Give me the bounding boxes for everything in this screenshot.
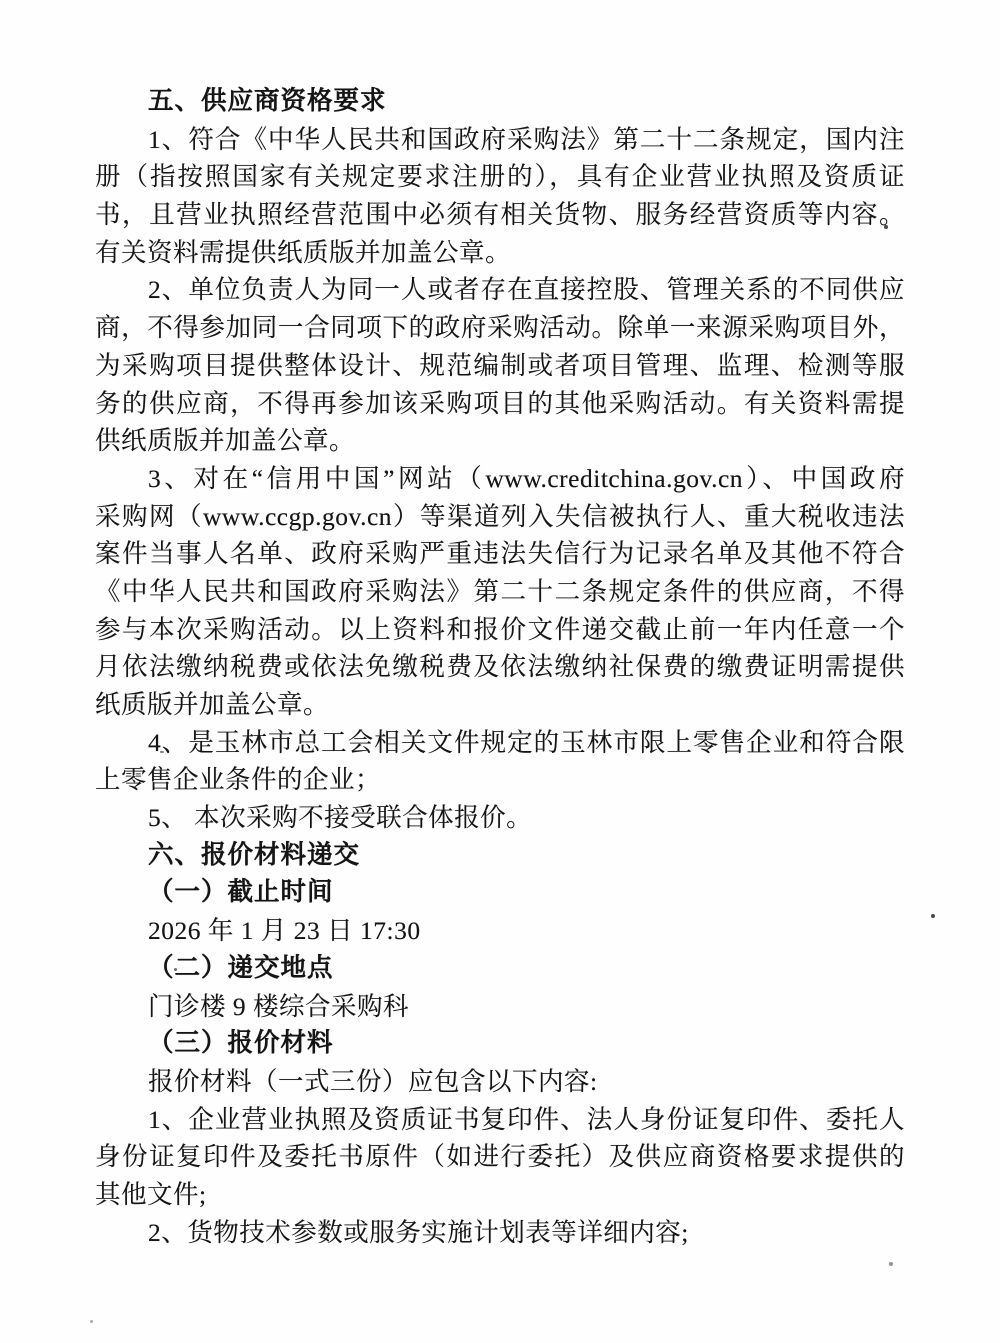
- document-page: 五、供应商资格要求1、符合《中华人民共和国政府采购法》第二十二条规定，国内注册（…: [0, 0, 1000, 1343]
- scan-speck: [174, 968, 177, 971]
- section-heading: 五、供应商资格要求: [95, 83, 905, 121]
- text-line: 2、单位负责人为同一人或者存在直接控股、管理关系的不同供应: [95, 271, 905, 309]
- section-heading: 六、报价材料递交: [95, 837, 905, 875]
- scan-speck: [931, 914, 935, 918]
- text-line: 月依法缴纳税费或依法免缴税费及依法缴纳社保费的缴费证明需提供: [95, 648, 905, 686]
- text-block: 五、供应商资格要求1、符合《中华人民共和国政府采购法》第二十二条规定，国内注册（…: [95, 83, 905, 1251]
- text-line: 为采购项目提供整体设计、规范编制或者项目管理、监理、检测等服: [95, 347, 905, 385]
- text-line: 1、企业营业执照及资质证书复印件、法人身份证复印件、委托人: [95, 1101, 905, 1139]
- text-line: 身份证复印件及委托书原件（如进行委托）及供应商资格要求提供的: [95, 1138, 905, 1176]
- scan-speck: [90, 1320, 93, 1323]
- section-heading: （二）递交地点: [95, 950, 905, 988]
- text-line: 2、货物技术参数或服务实施计划表等详细内容;: [95, 1214, 905, 1252]
- text-line: 上零售企业条件的企业；: [95, 761, 905, 799]
- text-line: 案件当事人名单、政府采购严重违法失信行为记录名单及其他不符合: [95, 535, 905, 573]
- text-line: 门诊楼 9 楼综合采购科: [95, 988, 905, 1026]
- text-line: 1、符合《中华人民共和国政府采购法》第二十二条规定，国内注: [95, 121, 905, 159]
- scan-speck: [160, 751, 164, 753]
- text-line: 报价材料（一式三份）应包含以下内容:: [95, 1063, 905, 1101]
- section-heading: （一）截止时间: [95, 874, 905, 912]
- text-line: 商，不得参加同一合同项下的政府采购活动。除单一来源采购项目外，: [95, 309, 905, 347]
- text-line: 供纸质版并加盖公章。: [95, 422, 905, 460]
- text-line: 书，且营业执照经营范围中必须有相关货物、服务经营资质等内容。: [95, 196, 905, 234]
- text-line: 其他文件;: [95, 1176, 905, 1214]
- scan-speck: [884, 225, 888, 229]
- text-line: 5、 本次采购不接受联合体报价。: [95, 799, 905, 837]
- text-line: 纸质版并加盖公章。: [95, 686, 905, 724]
- text-line: 《中华人民共和国政府采购法》第二十二条规定条件的供应商，不得: [95, 573, 905, 611]
- scan-speck: [889, 1262, 893, 1266]
- text-line: 册（指按照国家有关规定要求注册的），具有企业营业执照及资质证: [95, 158, 905, 196]
- text-line: 3、对在“信用中国”网站（www.creditchina.gov.cn）、中国政…: [95, 460, 905, 498]
- text-line: 务的供应商，不得再参加该采购项目的其他采购活动。有关资料需提: [95, 385, 905, 423]
- text-line: 2026 年 1 月 23 日 17:30: [95, 912, 905, 950]
- section-heading: （三）报价材料: [95, 1025, 905, 1063]
- text-line: 4、是玉林市总工会相关文件规定的玉林市限上零售企业和符合限: [95, 724, 905, 762]
- text-line: 有关资料需提供纸质版并加盖公章。: [95, 234, 905, 272]
- text-line: 采购网（www.ccgp.gov.cn）等渠道列入失信被执行人、重大税收违法: [95, 498, 905, 536]
- text-line: 参与本次采购活动。以上资料和报价文件递交截止前一年内任意一个: [95, 611, 905, 649]
